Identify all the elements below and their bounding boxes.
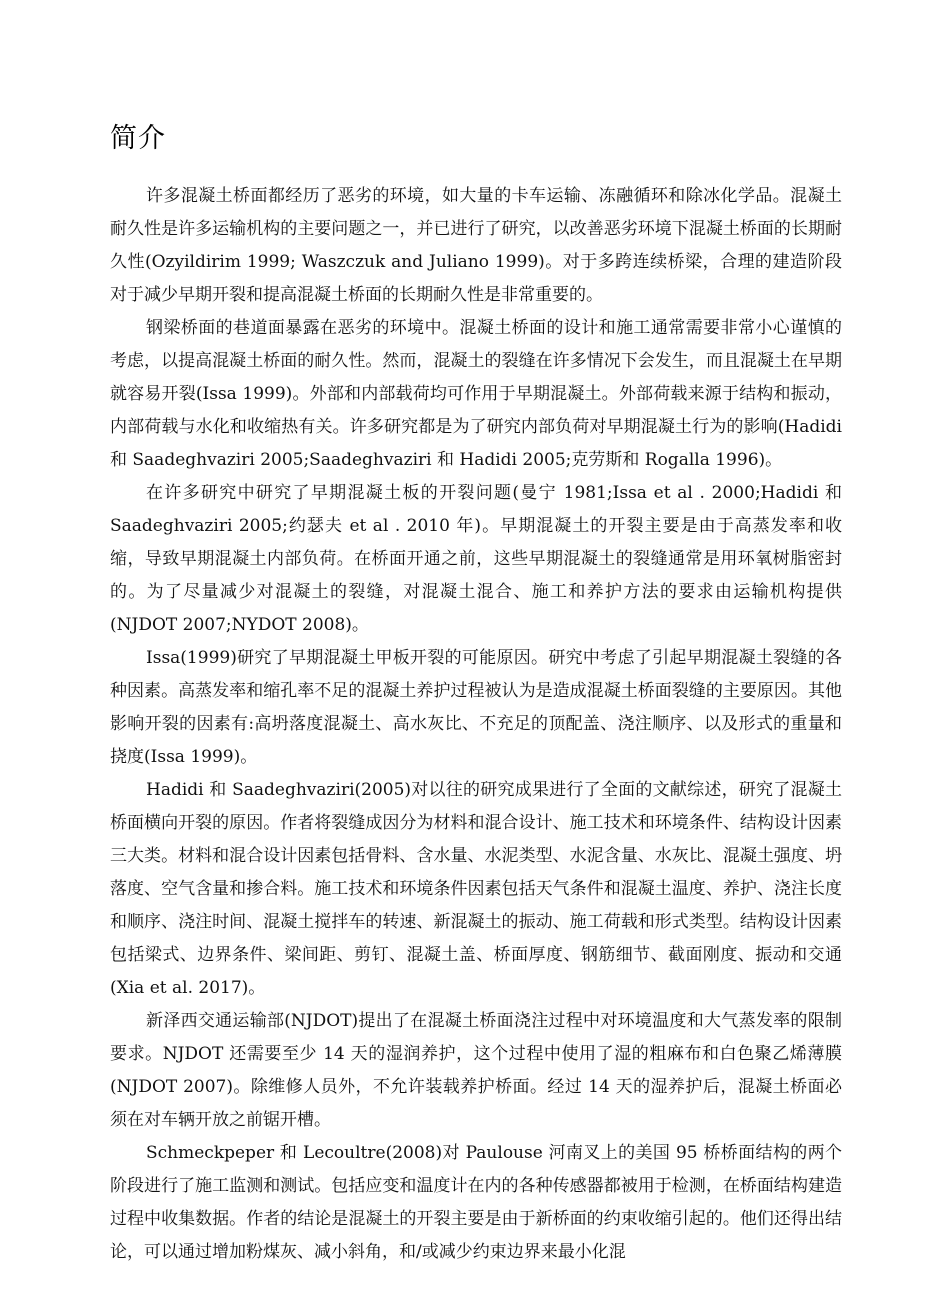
paragraph-6: 新泽西交通运输部(NJDOT)提出了在混凝土桥面浇注过程中对环境温度和大气蒸发率… xyxy=(110,1005,842,1137)
paragraph-7: Schmeckpeper 和 Lecoultre(2008)对 Paulouse… xyxy=(110,1137,842,1269)
paragraph-4: Issa(1999)研究了早期混凝土甲板开裂的可能原因。研究中考虑了引起早期混凝… xyxy=(110,642,842,774)
paragraph-5: Hadidi 和 Saadeghvaziri(2005)对以往的研究成果进行了全… xyxy=(110,774,842,1005)
paragraph-2: 钢梁桥面的巷道面暴露在恶劣的环境中。混凝土桥面的设计和施工通常需要非常小心谨慎的… xyxy=(110,312,842,477)
section-heading: 简介 xyxy=(110,116,166,155)
paragraph-1: 许多混凝土桥面都经历了恶劣的环境，如大量的卡车运输、冻融循环和除冰化学品。混凝土… xyxy=(110,180,842,312)
paragraph-3: 在许多研究中研究了早期混凝土板的开裂问题(曼宁 1981;Issa et al … xyxy=(110,477,842,642)
document-body: 许多混凝土桥面都经历了恶劣的环境，如大量的卡车运输、冻融循环和除冰化学品。混凝土… xyxy=(110,180,842,1269)
